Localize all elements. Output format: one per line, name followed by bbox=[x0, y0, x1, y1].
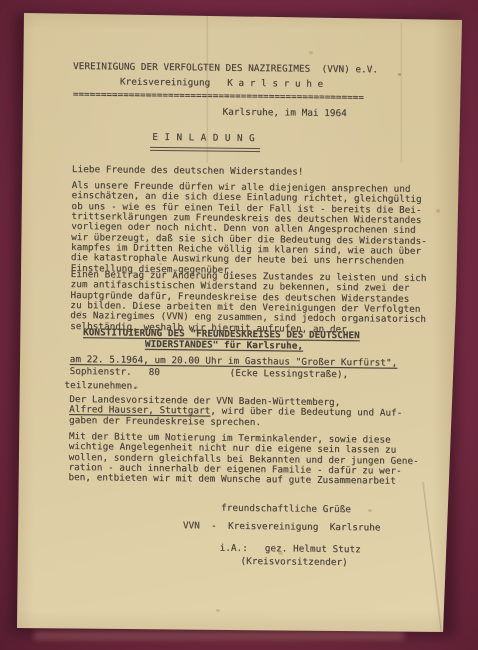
closing-greeting: freundschaftliche Grüße bbox=[221, 504, 351, 516]
speaker-paragraph-end: gaben der Freundeskreise sprechen. bbox=[69, 416, 261, 429]
table-reflection-highlight bbox=[34, 631, 404, 640]
place-date-line: Karlsruhe, im Mai 1964 bbox=[222, 108, 346, 120]
title-double-underline bbox=[150, 147, 260, 152]
event-street-address: Sophienstr. 80 bbox=[70, 367, 160, 378]
closing-signature: i.A.: gez. Helmut Stutz bbox=[220, 544, 361, 556]
typed-divider-rule: ========================================… bbox=[73, 90, 364, 104]
constitution-heading-line2: WIDERSTANDES" für Karlsruhe, bbox=[145, 340, 303, 352]
closing-role: (Kreisvorsitzender) bbox=[240, 557, 347, 569]
letter-content: VEREINIGUNG DER VERFOLGTEN DES NAZIREGIM… bbox=[10, 10, 465, 639]
closing-org-line: VVN - Kreisvereinigung Karlsruhe bbox=[183, 521, 381, 534]
body-paragraph-3: Mit der Bitte um Notierung im Terminkale… bbox=[68, 432, 419, 488]
body-paragraph-2: Einen Beitrag zur Änderung dieses Zustan… bbox=[70, 270, 426, 336]
photo-of-letter: { "background_color": "#762b44", "paper_… bbox=[0, 0, 478, 650]
event-corner-note: (Ecke Lessingstraße), bbox=[230, 369, 349, 381]
org-branch-line: Kreisvereinigung K a r l s r u h e bbox=[120, 77, 323, 90]
org-name-line: VEREINIGUNG DER VERFOLGTEN DES NAZIREGIM… bbox=[73, 62, 378, 76]
letter-title-einladung: E I N L A D U N G bbox=[152, 133, 255, 145]
salutation-line: Liebe Freunde des deutschen Widerstandes… bbox=[72, 165, 304, 178]
letter-paper: VEREINIGUNG DER VERFOLGTEN DES NAZIREGIM… bbox=[16, 11, 464, 635]
event-participate-word: teilzunehmen. bbox=[64, 381, 138, 392]
body-paragraph-1: Als unsere Freunde dürfen wir alle dieje… bbox=[71, 181, 428, 278]
